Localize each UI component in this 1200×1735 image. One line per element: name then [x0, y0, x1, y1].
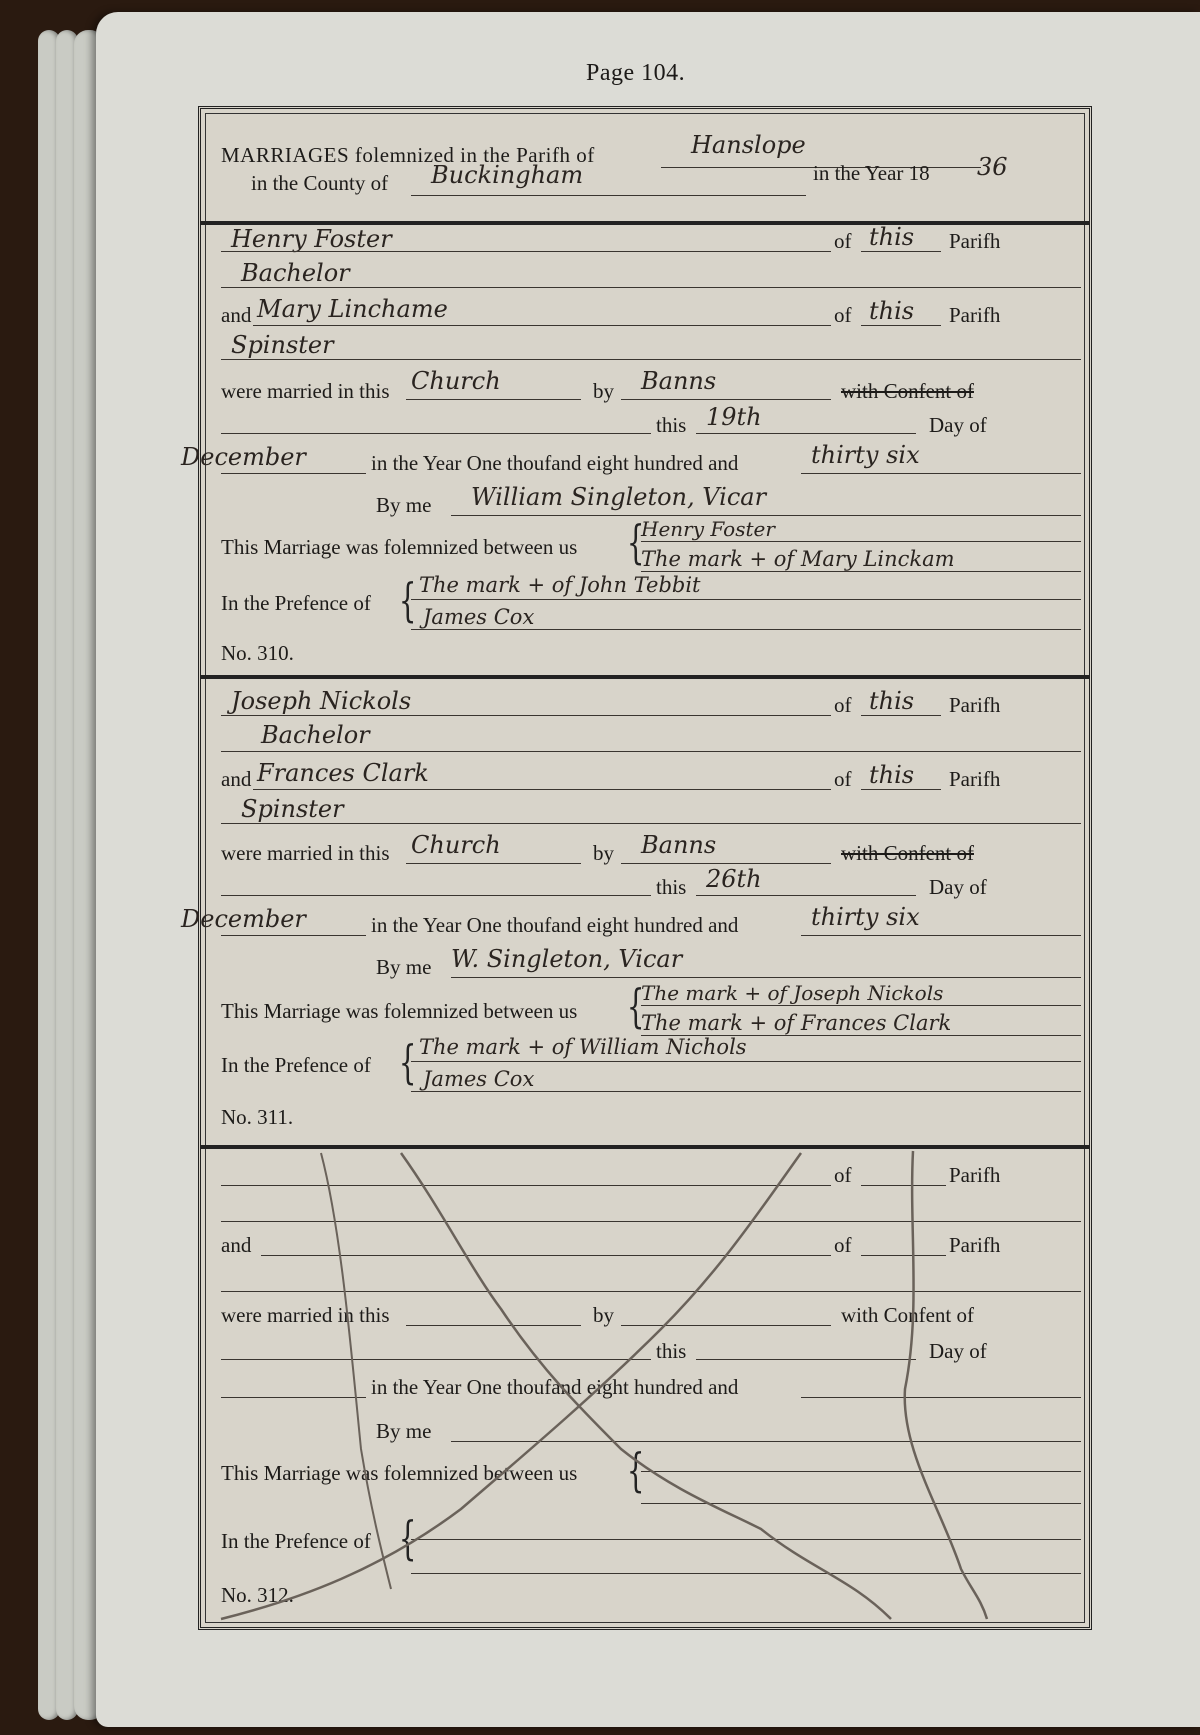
county-name: Buckingham: [431, 161, 583, 189]
marriage-month: December: [181, 905, 306, 933]
register-header: MARRIAGES folemnized in the Parifh of Ha…: [201, 109, 1089, 225]
marriage-year-words: thirty six: [811, 903, 920, 931]
parish-name: Hanslope: [691, 131, 806, 159]
groom-name: Joseph Nickols: [231, 687, 411, 715]
marriage-by: Banns: [641, 831, 716, 859]
witness-1: The mark + of John Tebbit: [419, 573, 701, 597]
bride-status: Spinster: [241, 795, 344, 823]
entry-311: Joseph Nickols of this Parifh Bachelor a…: [201, 683, 1089, 1095]
witness-2: James Cox: [423, 1067, 534, 1091]
bride-name: Mary Linchame: [257, 295, 448, 323]
entry-number: No. 312.: [221, 1583, 294, 1608]
entry-number: No. 310.: [221, 641, 294, 666]
marriage-register-form: MARRIAGES folemnized in the Parifh of Ha…: [198, 106, 1092, 1630]
groom-parish: this: [869, 223, 914, 251]
bride-status: Spinster: [231, 331, 334, 359]
groom-name: Henry Foster: [231, 225, 392, 253]
marriage-day: 26th: [706, 865, 762, 893]
party-1: Henry Foster: [641, 517, 775, 541]
year-suffix: 36: [977, 153, 1008, 181]
party-2: The mark + of Frances Clark: [641, 1011, 951, 1035]
marriage-place: Church: [411, 367, 501, 395]
marriage-day: 19th: [706, 403, 762, 431]
entry-number: No. 311.: [221, 1105, 293, 1130]
groom-status: Bachelor: [261, 721, 370, 749]
marriage-by: Banns: [641, 367, 716, 395]
page-number: Page 104.: [586, 60, 685, 87]
marriage-place: Church: [411, 831, 501, 859]
party-2: The mark + of Mary Linckam: [641, 547, 955, 571]
witness-2: James Cox: [423, 605, 534, 629]
bride-parish: this: [869, 761, 914, 789]
entry-312-cancelled: of Parifh and of Parifh were married in …: [201, 1153, 1089, 1623]
year-label: in the Year 18: [813, 161, 930, 186]
marriage-year-words: thirty six: [811, 441, 920, 469]
marriage-month: December: [181, 443, 306, 471]
bride-name: Frances Clark: [257, 759, 429, 787]
county-label: in the County of: [251, 171, 388, 196]
party-1: The mark + of Joseph Nickols: [641, 981, 943, 1005]
groom-status: Bachelor: [241, 259, 350, 287]
groom-parish: this: [869, 687, 914, 715]
officiant: William Singleton, Vicar: [471, 483, 766, 511]
bride-parish: this: [869, 297, 914, 325]
witness-1: The mark + of William Nichols: [419, 1035, 747, 1059]
entry-310: Henry Foster of this Parifh Bachelor and…: [201, 221, 1089, 633]
officiant: W. Singleton, Vicar: [451, 945, 682, 973]
